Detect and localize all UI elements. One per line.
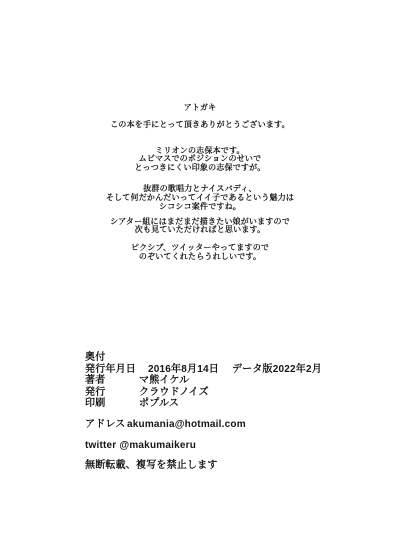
printer-row: 印刷 ポプルス: [85, 398, 385, 410]
colophon-section: 奥付 発行年月日 2016年8月14日 データ版2022年2月 著者 マ熊イケル…: [85, 352, 385, 472]
pub-date-row: 発行年月日 2016年8月14日 データ版2022年2月: [85, 364, 385, 376]
paragraph-line: とっつきにくい印象の志保ですが。: [0, 164, 400, 173]
address-row: アドレス akumania@hotmail.com: [85, 419, 385, 431]
twitter-line: twitter @makumaikeru: [85, 440, 385, 452]
publisher-label: 発行: [85, 387, 139, 399]
afterword-paragraph-3: シアター組にはまだまだ描きたい娘がいますので 次も見ていただければと思います。: [0, 218, 400, 235]
printer-label: 印刷: [85, 398, 139, 410]
afterword-thanks-line: この本を手にとって頂きありがとうございます。: [0, 121, 400, 130]
author-row: 著者 マ熊イケル: [85, 375, 385, 387]
address-label: アドレス: [85, 419, 127, 431]
author-value: マ熊イケル: [139, 375, 189, 387]
afterword-paragraph-4: ピクシブ、ツイッターやってますので のぞいてくれたらうれしいです。: [0, 244, 400, 261]
paragraph-line: 次も見ていただければと思います。: [0, 226, 400, 235]
paragraph-line: シコシコ案件ですね。: [0, 203, 400, 212]
pub-date-value: 2016年8月14日: [148, 364, 219, 376]
printer-value: ポプルス: [139, 398, 179, 410]
publisher-value: クラウドノイズ: [139, 387, 209, 399]
afterword-title: アトガキ: [0, 104, 400, 113]
paragraph-line: のぞいてくれたらうれしいです。: [0, 253, 400, 262]
copyright-notice: 無断転載、複写を禁止します: [85, 460, 385, 472]
author-label: 著者: [85, 375, 139, 387]
afterword-paragraph-1: ミリオンの志保本です。 ムビマスでのポジションのせいで とっつきにくい印象の志保…: [0, 147, 400, 173]
afterword-section: アトガキ この本を手にとって頂きありがとうございます。 ミリオンの志保本です。 …: [0, 104, 400, 261]
afterword-paragraph-2: 抜群の歌唱力とナイスバディ、 そして何だかんだいってイイ子であるという魅力は シ…: [0, 185, 400, 211]
data-edition-value: データ版2022年2月: [232, 364, 322, 376]
email-value: akumania@hotmail.com: [127, 419, 246, 431]
colophon-heading: 奥付: [85, 352, 385, 364]
pub-date-label: 発行年月日: [85, 364, 148, 376]
document-page: アトガキ この本を手にとって頂きありがとうございます。 ミリオンの志保本です。 …: [0, 0, 400, 556]
publisher-row: 発行 クラウドノイズ: [85, 387, 385, 399]
